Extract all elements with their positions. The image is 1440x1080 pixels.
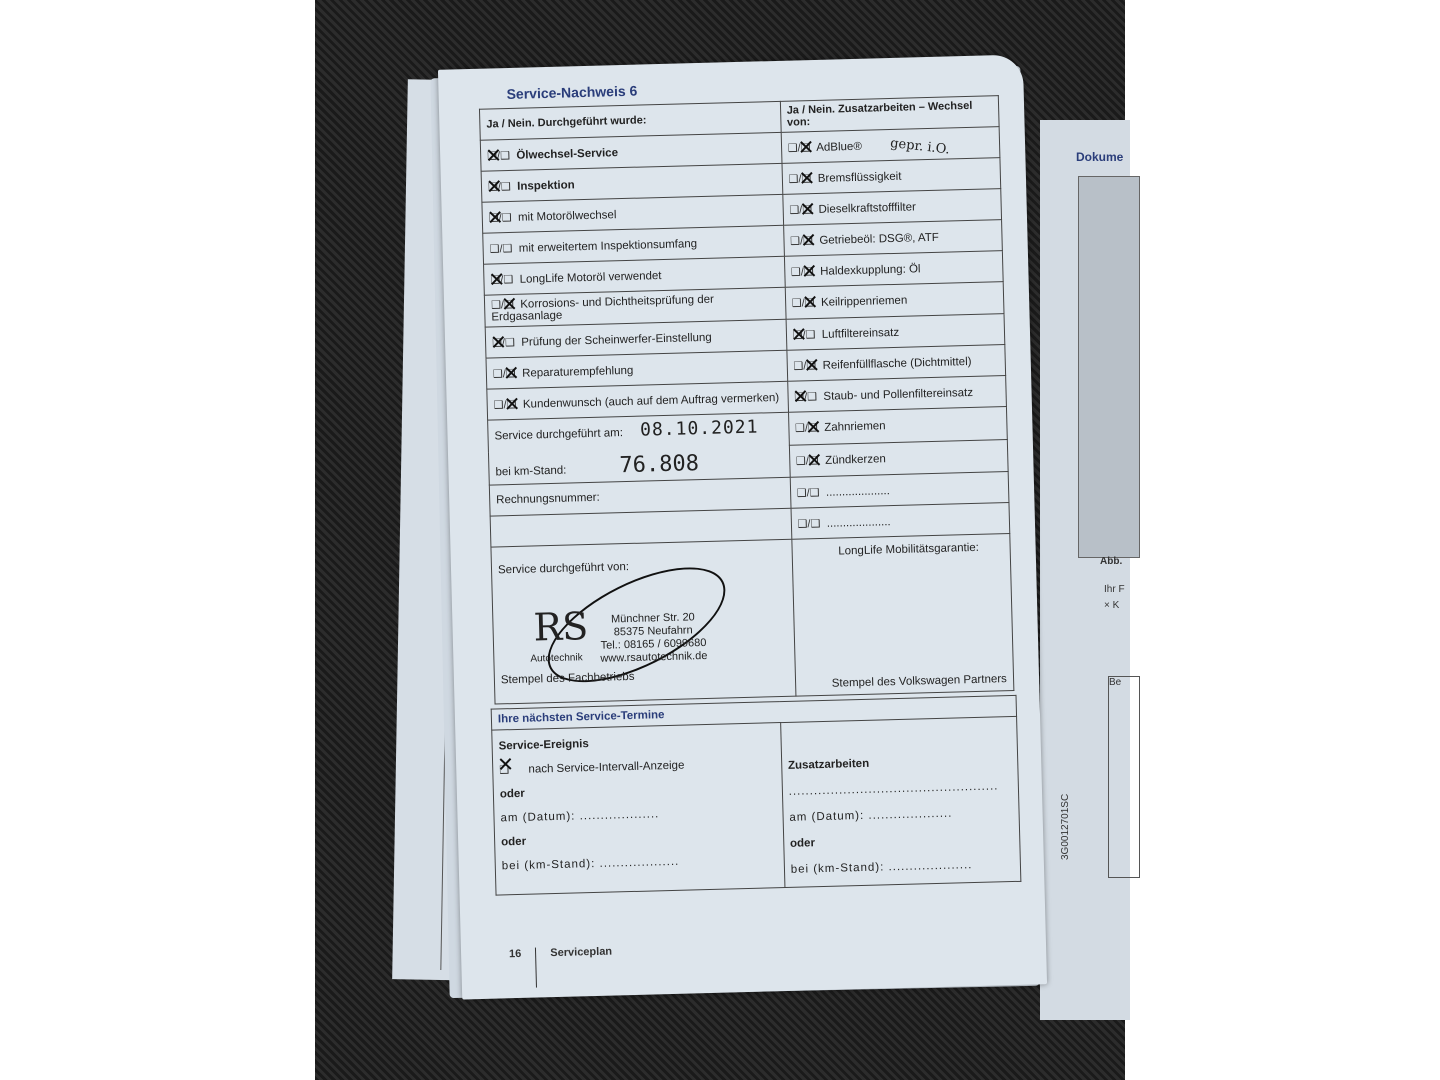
yes-no-checkbox[interactable]: ❑/❑: [489, 210, 515, 224]
yes-no-checkbox[interactable]: ❑/❑: [794, 389, 820, 403]
workshop-stamp: RS Autotechnik Münchner Str. 20 85375 Ne…: [498, 569, 788, 686]
car-illustration: [1078, 176, 1140, 558]
item-label: Bremsflüssigkeit: [818, 170, 902, 184]
next-date-line: am (Datum): ...................: [500, 808, 659, 824]
next-km-line: bei (km-Stand): ...................: [502, 856, 680, 873]
item-label: Keilrippenriemen: [821, 295, 908, 309]
workshop-web: www.rsautotechnik.de: [600, 650, 707, 666]
extra-km-line: bei (km-Stand): ....................: [791, 859, 973, 876]
item-label: Korrosions- und Dichtheitsprüfung der Er…: [491, 294, 714, 324]
service-date-label: Service durchgeführt am:: [494, 427, 623, 442]
yes-no-checkbox[interactable]: ❑/❑: [796, 454, 822, 468]
mobility-label: LongLife Mobilitätsgarantie:: [838, 542, 979, 558]
document-code: 3G0012701SC: [1060, 794, 1071, 860]
item-label: Inspektion: [517, 179, 575, 193]
item-label: Haldexkupplung: Öl: [820, 263, 921, 278]
right-page-line1: Ihr F: [1104, 584, 1125, 595]
item-label: Prüfung der Scheinwerfer-Einstellung: [521, 331, 712, 348]
right-page-line2: × K: [1104, 600, 1119, 611]
service-record-page: Service-Nachweis 6 gepr. i.O. Ja / Nein.…: [438, 55, 1047, 1000]
interval-label: nach Service-Intervall-Anzeige: [528, 760, 684, 776]
service-date-cell: Service durchgeführt am: 08.10.2021 bei …: [488, 412, 790, 485]
extra-work-cell: Zusatzarbeiten .........................…: [780, 716, 1020, 887]
yes-no-checkbox[interactable]: ❑/❑: [788, 141, 814, 155]
or-label: oder: [790, 837, 815, 850]
item-label: Zündkerzen: [825, 453, 886, 467]
or-label: oder: [501, 836, 526, 849]
yes-no-checkbox[interactable]: ❑/❑: [797, 485, 823, 499]
yes-no-checkbox[interactable]: ❑/❑: [490, 272, 516, 286]
yes-no-checkbox[interactable]: ❑/❑: [795, 421, 821, 435]
section-name: Serviceplan: [550, 946, 612, 960]
extra-work-header: Zusatzarbeiten: [788, 758, 869, 772]
workshop-logo: RS: [533, 604, 589, 649]
item-label: ....................: [826, 485, 890, 499]
vw-stamp-area: LongLife Mobilitätsgarantie: Stempel des…: [798, 537, 1007, 692]
item-label: Staub- und Pollenfiltereinsatz: [823, 386, 973, 402]
background-left: [0, 0, 315, 1080]
yes-no-checkbox[interactable]: ❑/❑: [789, 202, 815, 216]
workshop-address: Münchner Str. 20 85375 Neufahrn Tel.: 08…: [599, 611, 707, 666]
yes-no-checkbox[interactable]: ❑/❑: [797, 516, 823, 530]
yes-no-checkbox[interactable]: ❑/❑: [488, 179, 514, 193]
yes-no-checkbox[interactable]: ❑/❑: [493, 366, 519, 380]
item-label: LongLife Motoröl verwendet: [519, 270, 661, 286]
service-form: Ja / Nein. Durchgeführt wurde: Ja / Nein…: [479, 95, 1014, 704]
item-label: ....................: [827, 516, 891, 530]
yes-no-checkbox[interactable]: ❑/❑: [788, 171, 814, 185]
page-number: 16: [509, 948, 522, 960]
yes-no-checkbox[interactable]: ❑/❑: [491, 298, 517, 312]
item-label: Reparaturempfehlung: [522, 364, 634, 379]
right-page: Dokume Abb. Ihr F × K Be 3G0012701SC: [1040, 120, 1130, 1020]
item-label: Reifenfüllflasche (Dichtmittel): [822, 355, 971, 371]
extra-work-line: ........................................…: [789, 780, 999, 797]
performed-by-cell: Service durchgeführt von: RS Autotechnik…: [491, 539, 796, 704]
yes-no-checkbox[interactable]: ❑/❑: [487, 148, 513, 162]
or-label: oder: [500, 788, 525, 801]
yes-no-checkbox[interactable]: ❑/❑: [489, 241, 515, 255]
item-label: Ölwechsel-Service: [516, 147, 618, 162]
workshop-stamp-caption: Stempel des Fachbetriebs: [501, 671, 635, 686]
extra-date-line: am (Datum): ....................: [789, 808, 952, 824]
item-label: Getriebeöl: DSG®, ATF: [819, 231, 939, 246]
item-label: Zahnriemen: [824, 420, 886, 434]
yes-no-checkbox[interactable]: ❑/❑: [792, 296, 818, 310]
workshop-logo-sub: Autotechnik: [530, 652, 583, 664]
yes-no-checkbox[interactable]: ❑/❑: [791, 264, 817, 278]
km-value: 76.808: [619, 451, 699, 478]
yes-no-checkbox[interactable]: ❑/❑: [792, 327, 818, 341]
service-event-header: Service-Ereignis: [499, 738, 589, 752]
yes-no-checkbox[interactable]: ❑/❑: [492, 335, 518, 349]
item-label: Dieselkraftstofffilter: [818, 201, 916, 216]
km-label: bei km-Stand:: [495, 465, 566, 479]
item-label: AdBlue®: [816, 140, 862, 153]
page-title: Service-Nachweis 6: [506, 83, 637, 102]
page-footer: 16Serviceplan: [509, 946, 613, 989]
mobility-cell: LongLife Mobilitätsgarantie: Stempel des…: [791, 534, 1013, 697]
item-label: Kundenwunsch (auch auf dem Auftrag verme…: [523, 391, 780, 410]
background-right: [1125, 0, 1440, 1080]
next-service-table: Ihre nächsten Service-Termine Service-Er…: [491, 695, 1022, 896]
yes-no-checkbox[interactable]: ❑/❑: [790, 233, 816, 247]
yes-no-checkbox[interactable]: ❑/❑: [793, 358, 819, 372]
right-page-title: Dokume: [1076, 150, 1123, 164]
service-date-value: 08.10.2021: [640, 417, 759, 441]
item-label: Luftfiltereinsatz: [822, 326, 900, 340]
service-event-cell: Service-Ereignis ❑ nach Service-Interval…: [492, 723, 785, 896]
right-page-table-cell: Be: [1108, 676, 1140, 878]
item-label: mit Motorölwechsel: [518, 209, 617, 224]
item-label: mit erweitertem Inspektionsumfang: [519, 238, 698, 255]
yes-no-checkbox[interactable]: ❑/❑: [494, 397, 520, 411]
invoice-label: Rechnungsnummer:: [496, 492, 600, 507]
vw-stamp-caption: Stempel des Volkswagen Partners: [832, 673, 1007, 690]
interval-checkbox[interactable]: ❑: [499, 758, 526, 783]
figure-label: Abb.: [1100, 556, 1122, 567]
